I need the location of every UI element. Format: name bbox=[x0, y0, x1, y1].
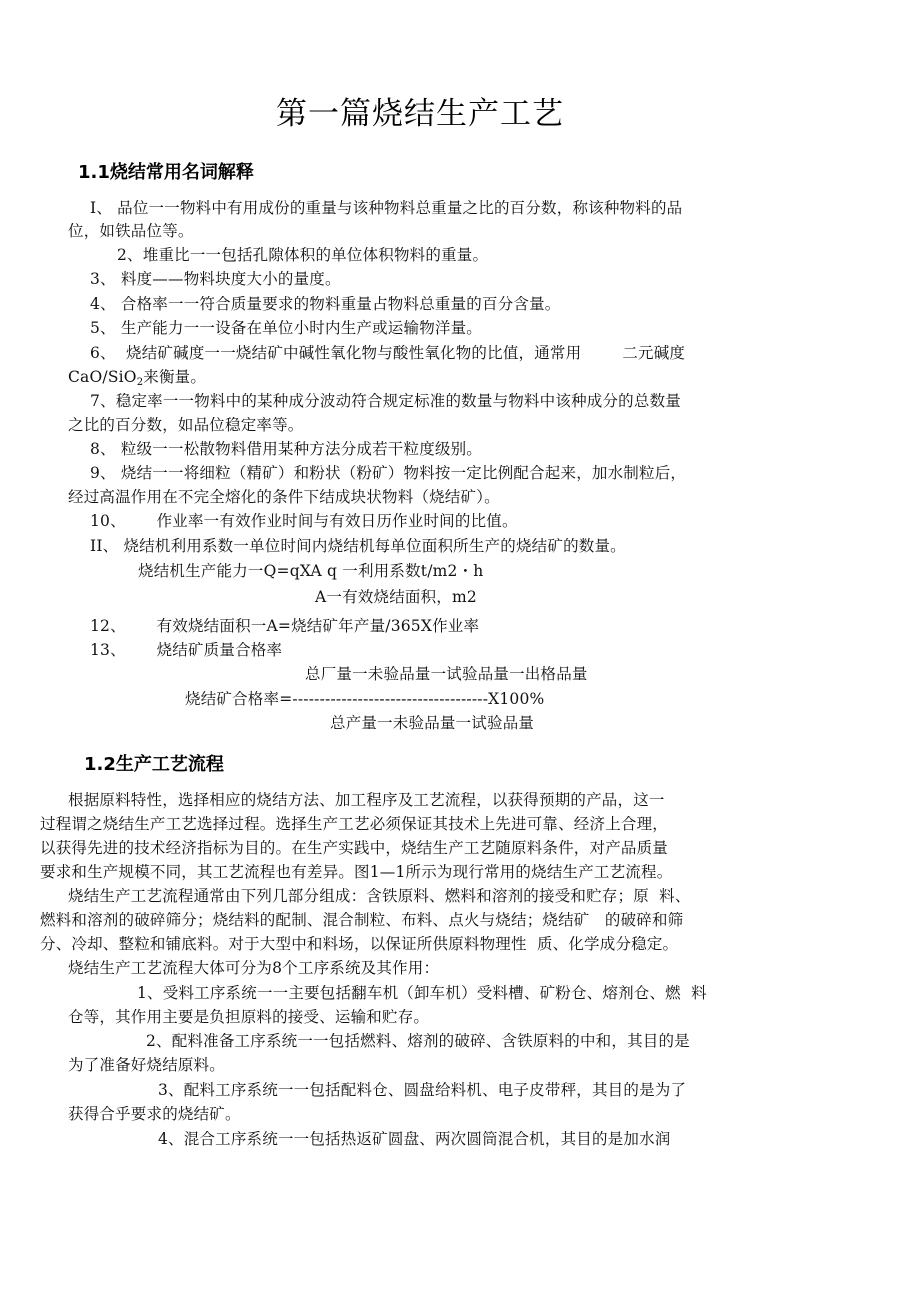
term-12: 12、 有效烧结面积一A=烧结矿年产量/365X作业率 bbox=[90, 616, 479, 636]
step-1-line-2: 仓等，其作用主要是负担原料的接受、运输和贮存。 bbox=[68, 1007, 429, 1027]
formula-line: 烧结矿合格率=---------------------------------… bbox=[185, 689, 545, 709]
term-7-line-2: 之比的百分数，如品位稳定率等。 bbox=[68, 415, 304, 435]
term-11-formula-q: 烧结机生产能力一Q=qXA q 一利用系数t/m2・h bbox=[138, 561, 483, 581]
step-4-line-1: 4、混合工序系统一一包括热返矿圆盘、两次圆筒混合机，其目的是加水润 bbox=[158, 1129, 670, 1149]
para-1-line-1: 根据原料特性，选择相应的烧结方法、加工程序及工艺流程，以获得预期的产品，这一 bbox=[68, 790, 665, 810]
document-page: 第一篇烧结生产工艺 1.1烧结常用名词解释 I、 品位一一物料中有用成份的重量与… bbox=[0, 0, 920, 1302]
term-11-formula-a: A一有效烧结面积，m2 bbox=[315, 587, 477, 607]
term-1-line-2: 位，如铁品位等。 bbox=[68, 221, 194, 241]
step-2-line-2: 为了准备好烧结原料。 bbox=[68, 1055, 225, 1075]
para-1-line-4: 要求和生产规模不同，其工艺流程也有差异。图1—1所示为现行常用的烧结生产工艺流程… bbox=[40, 862, 672, 882]
term-8: 8、 粒级一一松散物料借用某种方法分成若干粒度级别。 bbox=[90, 439, 482, 459]
para-2-line-2: 燃料和溶剂的破碎筛分；烧结料的配制、混合制粒、布料、点火与烧结；烧结矿 的破碎和… bbox=[40, 910, 683, 930]
term-6-tail: 来衡量。 bbox=[143, 368, 206, 386]
formula-fraction-bar: ------------------------------------ bbox=[292, 690, 488, 708]
step-3-line-2: 获得合乎要求的烧结矿。 bbox=[68, 1104, 241, 1124]
para-2-line-1: 烧结生产工艺流程通常由下列几部分组成：含铁原料、燃料和溶剂的接受和贮存；原 料、 bbox=[68, 886, 691, 906]
term-11: II、 烧结机利用系数一单位时间内烧结机每单位面积所生产的烧结矿的数量。 bbox=[90, 536, 626, 556]
term-7-line-1: 7、稳定率一一物料中的某种成分波动符合规定标准的数量与物料中该种成分的总数量 bbox=[90, 391, 681, 411]
step-2-line-1: 2、配料准备工序系统一一包括燃料、熔剂的破碎、含铁原料的中和，其目的是 bbox=[146, 1031, 690, 1051]
term-1-line-1: I、 品位一一物料中有用成份的重量与该种物料总重量之比的百分数，称该种物料的品 bbox=[90, 198, 682, 218]
term-4: 4、 合格率一一符合质量要求的物料重量占物料总重量的百分含量。 bbox=[90, 294, 561, 314]
para-2-line-3: 分、冷却、整粒和铺底料。对于大型中和料场，以保证所供原料物理性 质、化学成分稳定… bbox=[40, 934, 678, 954]
term-13: 13、 烧结矿质量合格率 bbox=[90, 640, 282, 660]
term-6-line-2: CaO/SiO2来衡量。 bbox=[68, 367, 206, 393]
formula-denominator: 总产量一未验品量一试验品量 bbox=[330, 713, 534, 733]
para-3: 烧结生产工艺流程大体可分为8个工序系统及其作用： bbox=[68, 958, 439, 978]
term-2: 2、堆重比一一包括孔隙体积的单位体积物料的重量。 bbox=[117, 245, 488, 265]
formula-lhs: 烧结矿合格率= bbox=[185, 690, 292, 708]
section-heading-1-1: 1.1烧结常用名词解释 bbox=[78, 158, 254, 184]
formula-rhs: X100% bbox=[488, 690, 544, 708]
term-9-line-1: 9、 烧结一一将细粒（精矿）和粉状（粉矿）物料按一定比例配合起来，加水制粒后， bbox=[90, 463, 686, 483]
term-3: 3、 料度——物料块度大小的量度。 bbox=[90, 269, 341, 289]
step-3-line-1: 3、配料工序系统一一包括配料仓、圆盘给料机、电子皮带秤，其目的是为了 bbox=[158, 1080, 686, 1100]
term-9-line-2: 经过高温作用在不完全熔化的条件下结成块状物料（烧结矿）。 bbox=[68, 487, 500, 507]
term-5: 5、 生产能力一一设备在单位小时内生产或运输物洋量。 bbox=[90, 318, 482, 338]
term-10: 10、 作业率一有效作业时间与有效日历作业时间的比值。 bbox=[90, 511, 518, 531]
step-1-line-1: 1、受料工序系统一一主要包括翻车机（卸车机）受料槽、矿粉仓、熔剂仓、燃 料 bbox=[137, 983, 707, 1003]
formula-cao-sio: CaO/SiO bbox=[68, 368, 137, 386]
document-title: 第一篇烧结生产工艺 bbox=[0, 88, 840, 133]
section-heading-1-2: 1.2生产工艺流程 bbox=[84, 750, 224, 776]
term-6-line-1: 6、 烧结矿碱度一一烧结矿中碱性氧化物与酸性氧化物的比值，通常用 二元碱度 bbox=[90, 343, 685, 363]
para-1-line-2: 过程谓之烧结生产工艺选择过程。选择生产工艺必须保证其技术上先进可靠、经济上合理， bbox=[40, 814, 668, 834]
formula-numerator: 总厂量一未验品量一试验品量一出格品量 bbox=[305, 664, 588, 684]
para-1-line-3: 以获得先进的技术经济指标为目的。在生产实践中，烧结生产工艺随原料条件，对产品质量 bbox=[40, 838, 668, 858]
